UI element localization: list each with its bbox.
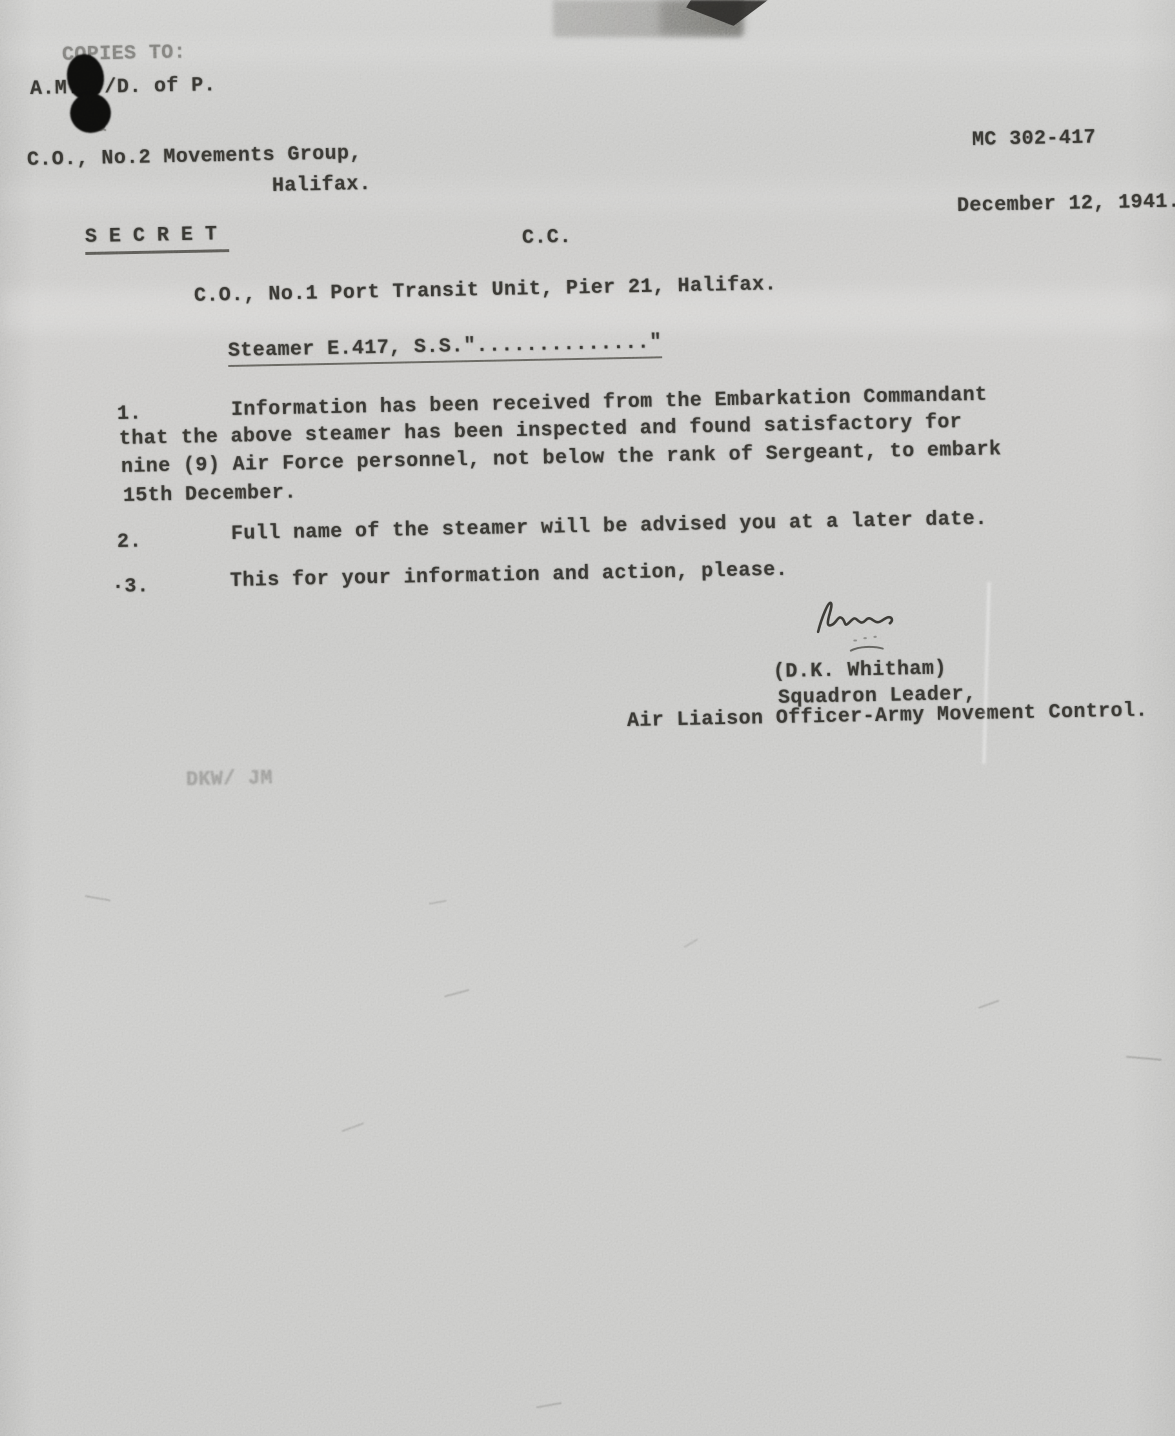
- cc-label: C.C.: [522, 226, 572, 250]
- para1-number: 1.: [117, 403, 142, 426]
- addressee-line: C.O., No.1 Port Transit Unit, Pier 21, H…: [194, 273, 777, 308]
- date-line: December 12, 1941.: [957, 191, 1175, 218]
- signature-scribble: [809, 588, 931, 662]
- para2-number: 2.: [117, 531, 142, 554]
- document-sheet: COPIES TO: A.M. ./D. of P. & C.O., No.2 …: [0, 0, 1175, 1436]
- copies-to-line2: C.O., No.2 Movements Group,: [27, 142, 362, 172]
- handwritten-signature: [809, 588, 932, 667]
- para1-line4: 15th December.: [123, 482, 297, 508]
- para2-text: Full name of the steamer will be advised…: [231, 508, 988, 546]
- reference-number: MC 302-417: [972, 127, 1096, 152]
- classification-stamp: SECRET: [85, 223, 230, 255]
- copies-to-line1: A.M. ./D. of P.: [30, 74, 216, 101]
- para3-number: ·3.: [112, 575, 150, 599]
- typed-text-layer: COPIES TO: A.M. ./D. of P. & C.O., No.2 …: [0, 0, 1175, 1436]
- signature-title: Air Liaison Officer-Army Movement Contro…: [627, 700, 1148, 733]
- typist-initials: DKW/ JM: [186, 767, 273, 792]
- ink-blot: [70, 93, 111, 133]
- copies-to-line3: Halifax.: [272, 173, 372, 198]
- subject-line: Steamer E.417, S.S."..............": [228, 331, 663, 367]
- para3-text: This for your information and action, pl…: [230, 559, 788, 593]
